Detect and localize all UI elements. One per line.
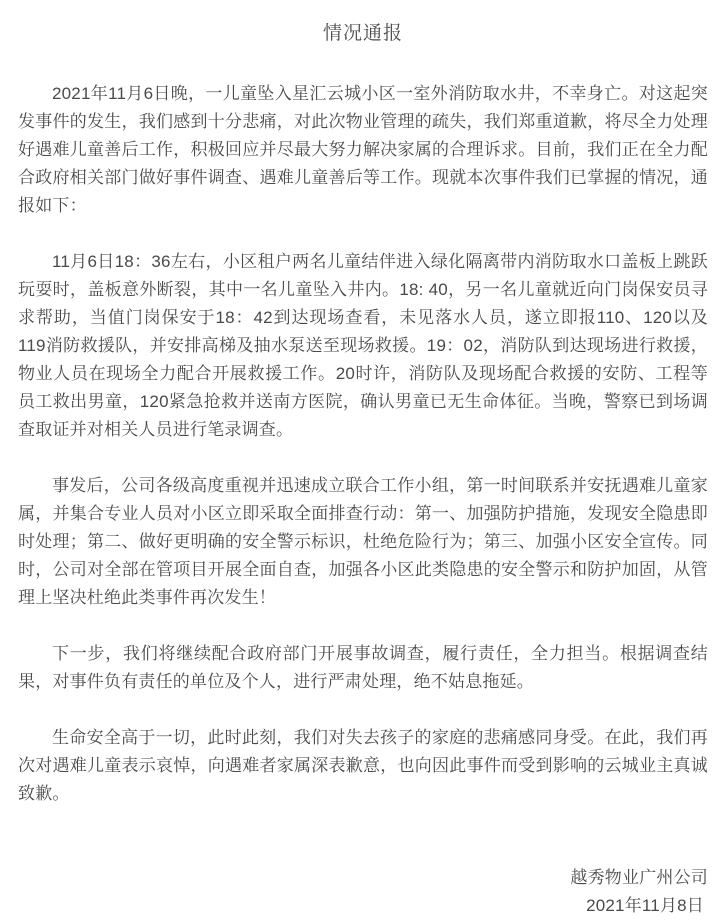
paragraph-intro: 2021年11月6日晚，一儿童坠入星汇云城小区一室外消防取水井，不幸身亡。对这起… [18, 80, 708, 220]
signature-company: 越秀物业广州公司 [18, 864, 708, 892]
notice-document: 情况通报 2021年11月6日晚，一儿童坠入星汇云城小区一室外消防取水井，不幸身… [0, 0, 726, 923]
signature-date: 2021年11月8日 [18, 892, 708, 920]
paragraph-condolence: 生命安全高于一切，此时此刻，我们对失去孩子的家庭的悲痛感同身受。在此，我们再次对… [18, 724, 708, 808]
page-title: 情况通报 [18, 20, 708, 48]
paragraph-response-measures: 事发后，公司各级高度重视并迅速成立联合工作小组，第一时间联系并安抚遇难儿童家属，… [18, 472, 708, 612]
paragraph-incident-timeline: 11月6日18：36左右，小区租户两名儿童结伴进入绿化隔离带内消防取水口盖板上跳… [18, 248, 708, 444]
paragraph-next-steps: 下一步，我们将继续配合政府部门开展事故调查，履行责任，全力担当。根据调查结果，对… [18, 640, 708, 696]
document-body: 2021年11月6日晚，一儿童坠入星汇云城小区一室外消防取水井，不幸身亡。对这起… [18, 80, 708, 808]
signature-block: 越秀物业广州公司 2021年11月8日 [18, 864, 708, 920]
